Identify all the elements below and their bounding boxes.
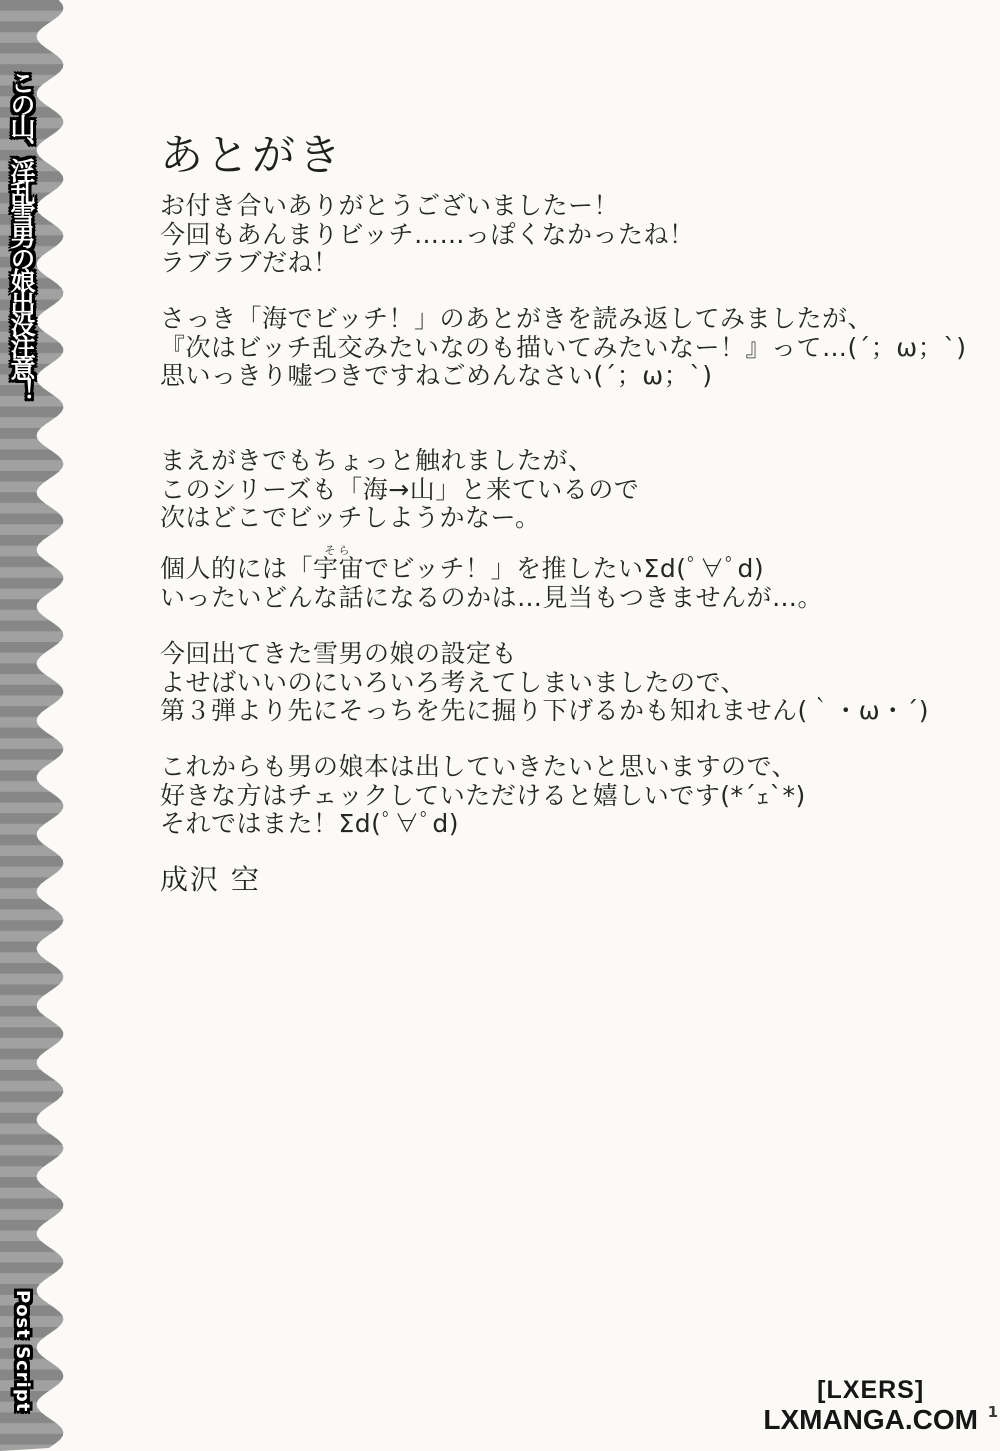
text-line: 『次はビッチ乱交みたいなのも描いてみたいなー！』って…(´；ω；`) xyxy=(160,334,966,363)
text-line: よせばいいのにいろいろ考えてしまいましたので、 xyxy=(160,669,929,698)
text-line: いったいどんな話になるのかは…見当もつきませんが…。 xyxy=(160,584,823,613)
text-line: さっき「海でビッチ！」のあとがきを読み返してみましたが、 xyxy=(160,305,966,334)
page-number-partial: 1 xyxy=(988,1403,998,1421)
watermark: [LXERS] LXMANGA.COM xyxy=(763,1378,978,1434)
paragraph-yukio-settings: 今回出てきた雪男の娘の設定も よせばいいのにいろいろ考えてしまいましたので、 第… xyxy=(160,640,929,726)
text-line: 第３弾より先にそっちを先に掘り下げるかも知れません(｀・ω・´) xyxy=(160,697,929,726)
text-line: それではまた！Σd(ﾟ∀ﾟd) xyxy=(160,810,806,839)
ruby-suffix: でビッチ！」を推したいΣd(ﾟ∀ﾟd) xyxy=(364,554,764,583)
paragraph-series: まえがきでもちょっと触れましたが、 このシリーズも「海→山」と来ているので 次は… xyxy=(160,447,639,533)
text-line: まえがきでもちょっと触れましたが、 xyxy=(160,447,639,476)
postscript-label: Post Script xyxy=(12,1290,33,1412)
text-line: お付き合いありがとうございましたー！ xyxy=(160,192,695,221)
text-line: 思いっきり嘘つきですねごめんなさい(´；ω；`) xyxy=(160,362,966,391)
ruby-prefix: 個人的には「 xyxy=(160,554,313,583)
text-line: 今回もあんまりビッチ……っぽくなかったね！ xyxy=(160,221,695,250)
watermark-lxers: [LXERS] xyxy=(763,1378,978,1403)
text-line-with-ruby: 個人的には「宇宙そらでビッチ！」を推したいΣd(ﾟ∀ﾟd) xyxy=(160,555,823,584)
paragraph-closing: これからも男の娘本は出していきたいと思いますので、 好きな方はチェックしていただ… xyxy=(160,753,806,839)
text-line: 次はどこでビッチしようかなー。 xyxy=(160,504,639,533)
text-line: これからも男の娘本は出していきたいと思いますので、 xyxy=(160,753,806,782)
page: この山、淫乱雪男の娘出没注意！ Post Script あとがき お付き合いあり… xyxy=(0,0,1000,1451)
text-line: 好きな方はチェックしていただけると嬉しいです(*´ｪ`*) xyxy=(160,782,806,811)
author-signature: 成沢 空 xyxy=(160,858,261,898)
paragraph-space-idea: 個人的には「宇宙そらでビッチ！」を推したいΣd(ﾟ∀ﾟd) いったいどんな話にな… xyxy=(160,555,823,612)
watermark-lxmanga: LXMANGA.COM xyxy=(763,1406,978,1434)
text-line: ラブラブだね！ xyxy=(160,249,695,278)
page-title: あとがき xyxy=(160,122,344,183)
furigana: そら xyxy=(313,545,364,556)
paragraph-previous-afterword: さっき「海でビッチ！」のあとがきを読み返してみましたが、 『次はビッチ乱交みたい… xyxy=(160,305,966,391)
paragraph-thanks: お付き合いありがとうございましたー！ 今回もあんまりビッチ……っぽくなかったね！… xyxy=(160,192,695,278)
sidebar-vertical-title: この山、淫乱雪男の娘出没注意！ xyxy=(8,70,34,400)
ruby-word: 宇宙そら xyxy=(313,555,364,584)
ruby-base: 宇宙 xyxy=(313,554,364,583)
text-line: 今回出てきた雪男の娘の設定も xyxy=(160,640,929,669)
text-line: このシリーズも「海→山」と来ているので xyxy=(160,476,639,505)
